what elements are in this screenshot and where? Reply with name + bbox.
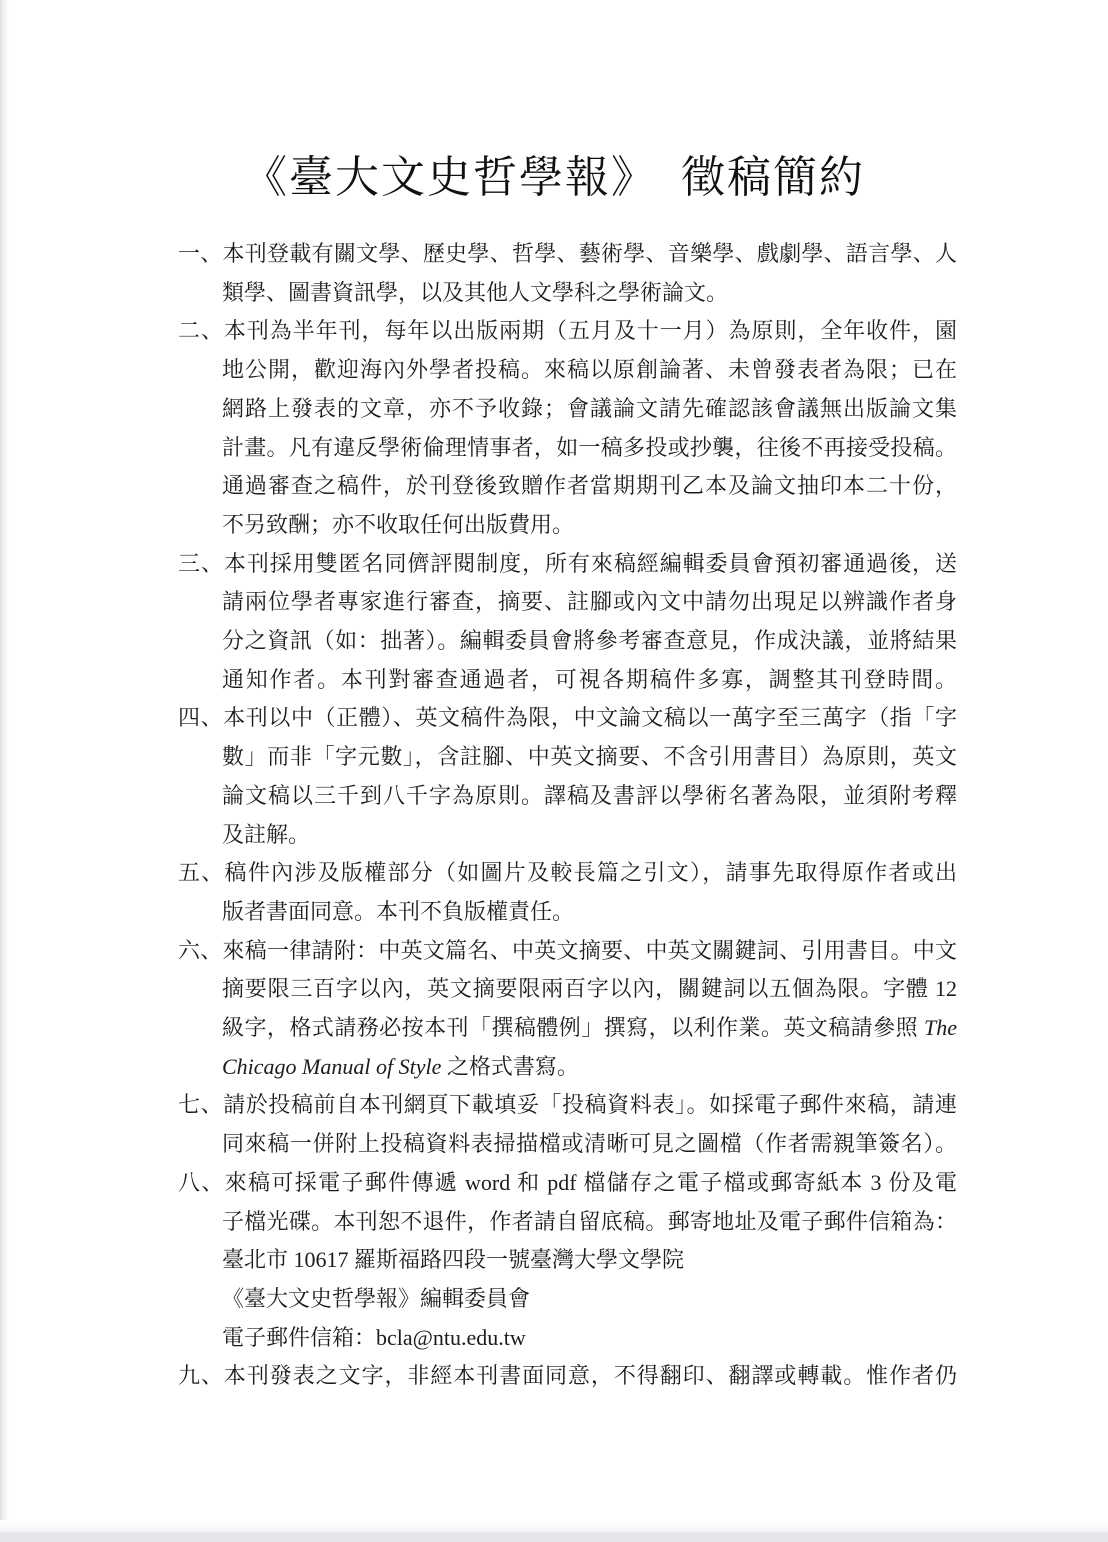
line-text: 來稿可採電子郵件傳遞 word 和 pdf 檔儲存之電子檔或郵寄紙本 3 份及電 (225, 1170, 957, 1195)
list-item: 七、請於投稿前自本刊網頁下載填妥「投稿資料表」。如採電子郵件來稿，請連同來稿一併… (222, 1086, 957, 1163)
item-number: 五、 (178, 860, 225, 885)
item-line: 電子郵件信箱：bcla@ntu.edu.tw (222, 1319, 957, 1358)
list-item: 六、來稿一律請附：中英文篇名、中英文摘要、中英文關鍵詞、引用書目。中文摘要限三百… (222, 932, 957, 1087)
item-number: 一、 (178, 241, 223, 266)
line-text: 摘要限三百字以內，英文摘要限兩百字以內，關鍵詞以五個為限。字體 12 (222, 976, 957, 1001)
item-number: 七、 (178, 1092, 223, 1117)
list-item: 五、稿件內涉及版權部分（如圖片及較長篇之引文），請事先取得原作者或出版者書面同意… (222, 854, 957, 931)
item-line: 請兩位學者專家進行審查，摘要、註腳或內文中請勿出現足以辨識作者身 (222, 583, 957, 622)
item-line: 六、來稿一律請附：中英文篇名、中英文摘要、中英文關鍵詞、引用書目。中文 (222, 932, 957, 971)
item-line: 分之資訊（如：拙著）。編輯委員會將參考審查意見，作成決議，並將結果 (222, 622, 957, 661)
line-text: 請於投稿前自本刊網頁下載填妥「投稿資料表」。如採電子郵件來稿，請連 (223, 1092, 957, 1117)
line-text: 本刊發表之文字，非經本刊書面同意，不得翻印、翻譯或轉載。惟作者仍 (224, 1363, 957, 1388)
line-text: 網路上發表的文章，亦不予收錄；會議論文請先確認該會議無出版論文集 (222, 396, 957, 421)
line-text: 計畫。凡有違反學術倫理情事者，如一稿多投或抄襲，往後不再接受投稿。 (222, 435, 957, 460)
list-item: 九、本刊發表之文字，非經本刊書面同意，不得翻印、翻譯或轉載。惟作者仍 (222, 1357, 957, 1396)
item-number: 九、 (178, 1363, 224, 1388)
line-text: 通知作者。本刊對審查通過者，可視各期稿件多寡，調整其刊登時間。 (222, 667, 957, 692)
item-line: 四、本刊以中（正體）、英文稿件為限，中文論文稿以一萬字至三萬字（指「字 (222, 699, 957, 738)
item-line: 同來稿一併附上投稿資料表掃描檔或清晰可見之圖檔（作者需親筆簽名）。 (222, 1125, 957, 1164)
line-text: 電子郵件信箱：bcla@ntu.edu.tw (222, 1325, 526, 1350)
item-line: 數」而非「字元數」，含註腳、中英文摘要、不含引用書目）為原則，英文 (222, 738, 957, 777)
latin-italic-text: Chicago Manual of Style (222, 1054, 441, 1079)
item-number: 八、 (178, 1170, 225, 1195)
item-line: 七、請於投稿前自本刊網頁下載填妥「投稿資料表」。如採電子郵件來稿，請連 (222, 1086, 957, 1125)
item-line: 通知作者。本刊對審查通過者，可視各期稿件多寡，調整其刊登時間。 (222, 661, 957, 700)
item-line: 八、來稿可採電子郵件傳遞 word 和 pdf 檔儲存之電子檔或郵寄紙本 3 份… (222, 1164, 957, 1203)
line-text: 臺北市 10617 羅斯福路四段一號臺灣大學文學院 (222, 1247, 684, 1272)
line-text: 類學、圖書資訊學，以及其他人文學科之學術論文。 (222, 280, 728, 305)
page-bottom-edge (0, 1532, 1108, 1542)
item-line: 不另致酬；亦不收取任何出版費用。 (222, 506, 957, 545)
line-text: 地公開，歡迎海內外學者投稿。來稿以原創論著、未曾發表者為限；已在 (222, 357, 957, 382)
item-line: 論文稿以三千到八千字為原則。譯稿及書評以學術名著為限，並須附考釋 (222, 777, 957, 816)
item-line: 二、本刊為半年刊，每年以出版兩期（五月及十一月）為原則，全年收件，園 (222, 312, 957, 351)
item-line: 臺北市 10617 羅斯福路四段一號臺灣大學文學院 (222, 1241, 957, 1280)
item-number: 三、 (178, 551, 224, 576)
item-line: 五、稿件內涉及版權部分（如圖片及較長篇之引文），請事先取得原作者或出 (222, 854, 957, 893)
line-text: 數」而非「字元數」，含註腳、中英文摘要、不含引用書目）為原則，英文 (222, 744, 957, 769)
item-line: 九、本刊發表之文字，非經本刊書面同意，不得翻印、翻譯或轉載。惟作者仍 (222, 1357, 957, 1396)
line-text: 本刊登載有關文學、歷史學、哲學、藝術學、音樂學、戲劇學、語言學、人 (223, 241, 957, 266)
item-number: 二、 (178, 318, 224, 343)
line-text: 子檔光碟。本刊恕不退件，作者請自留底稿。郵寄地址及電子郵件信箱為： (222, 1209, 957, 1234)
item-line: 三、本刊採用雙匿名同儕評閱制度，所有來稿經編輯委員會預初審通過後，送 (222, 545, 957, 584)
line-text: 稿件內涉及版權部分（如圖片及較長篇之引文），請事先取得原作者或出 (225, 860, 957, 885)
item-number: 四、 (178, 705, 223, 730)
page-bottom-shadow (0, 1520, 1108, 1532)
item-line: 子檔光碟。本刊恕不退件，作者請自留底稿。郵寄地址及電子郵件信箱為： (222, 1203, 957, 1242)
line-text: 及註解。 (222, 822, 310, 847)
latin-italic-text: The (924, 1015, 957, 1040)
line-text: 本刊採用雙匿名同儕評閱制度，所有來稿經編輯委員會預初審通過後，送 (224, 551, 957, 576)
list-item: 八、來稿可採電子郵件傳遞 word 和 pdf 檔儲存之電子檔或郵寄紙本 3 份… (222, 1164, 957, 1358)
list-item: 四、本刊以中（正體）、英文稿件為限，中文論文稿以一萬字至三萬字（指「字數」而非「… (222, 699, 957, 854)
list-item: 三、本刊採用雙匿名同儕評閱制度，所有來稿經編輯委員會預初審通過後，送請兩位學者專… (222, 545, 957, 700)
line-text: 同來稿一併附上投稿資料表掃描檔或清晰可見之圖檔（作者需親筆簽名）。 (222, 1131, 957, 1156)
line-text: 請兩位學者專家進行審查，摘要、註腳或內文中請勿出現足以辨識作者身 (222, 589, 957, 614)
item-number: 六、 (178, 938, 223, 963)
page-left-edge (0, 0, 9, 1542)
item-line: 一、本刊登載有關文學、歷史學、哲學、藝術學、音樂學、戲劇學、語言學、人 (222, 235, 957, 274)
line-text: 分之資訊（如：拙著）。編輯委員會將參考審查意見，作成決議，並將結果 (222, 628, 957, 653)
item-line: 計畫。凡有違反學術倫理情事者，如一稿多投或抄襲，往後不再接受投稿。 (222, 429, 957, 468)
item-line: 地公開，歡迎海內外學者投稿。來稿以原創論著、未曾發表者為限；已在 (222, 351, 957, 390)
item-line: 及註解。 (222, 816, 957, 855)
line-text: 本刊為半年刊，每年以出版兩期（五月及十一月）為原則，全年收件，園 (224, 318, 957, 343)
item-line: 通過審查之稿件，於刊登後致贈作者當期期刊乙本及論文抽印本二十份， (222, 467, 957, 506)
line-text: 來稿一律請附：中英文篇名、中英文摘要、中英文關鍵詞、引用書目。中文 (223, 938, 957, 963)
line-text: 級字，格式請務必按本刊「撰稿體例」撰寫，以利作業。英文稿請參照 (222, 1015, 924, 1040)
item-line: 摘要限三百字以內，英文摘要限兩百字以內，關鍵詞以五個為限。字體 12 (222, 970, 957, 1009)
item-line: 網路上發表的文章，亦不予收錄；會議論文請先確認該會議無出版論文集 (222, 390, 957, 429)
line-text: 版者書面同意。本刊不負版權責任。 (222, 899, 574, 924)
guidelines-list: 一、本刊登載有關文學、歷史學、哲學、藝術學、音樂學、戲劇學、語言學、人類學、圖書… (222, 235, 957, 1396)
item-line: 級字，格式請務必按本刊「撰稿體例」撰寫，以利作業。英文稿請參照 The (222, 1009, 957, 1048)
item-line: Chicago Manual of Style 之格式書寫。 (222, 1048, 957, 1087)
line-text: 之格式書寫。 (441, 1054, 579, 1079)
item-line: 《臺大文史哲學報》編輯委員會 (222, 1280, 957, 1319)
line-text: 本刊以中（正體）、英文稿件為限，中文論文稿以一萬字至三萬字（指「字 (223, 705, 957, 730)
list-item: 一、本刊登載有關文學、歷史學、哲學、藝術學、音樂學、戲劇學、語言學、人類學、圖書… (222, 235, 957, 312)
line-text: 通過審查之稿件，於刊登後致贈作者當期期刊乙本及論文抽印本二十份， (222, 473, 957, 498)
line-text: 論文稿以三千到八千字為原則。譯稿及書評以學術名著為限，並須附考釋 (222, 783, 957, 808)
item-line: 版者書面同意。本刊不負版權責任。 (222, 893, 957, 932)
line-text: 不另致酬；亦不收取任何出版費用。 (222, 512, 574, 537)
list-item: 二、本刊為半年刊，每年以出版兩期（五月及十一月）為原則，全年收件，園地公開，歡迎… (222, 312, 957, 544)
item-line: 類學、圖書資訊學，以及其他人文學科之學術論文。 (222, 274, 957, 313)
line-text: 《臺大文史哲學報》編輯委員會 (222, 1286, 530, 1311)
page-title: 《臺大文史哲學報》 徵稿簡約 (0, 152, 1108, 204)
document-page: 《臺大文史哲學報》 徵稿簡約 一、本刊登載有關文學、歷史學、哲學、藝術學、音樂學… (0, 0, 1108, 1542)
